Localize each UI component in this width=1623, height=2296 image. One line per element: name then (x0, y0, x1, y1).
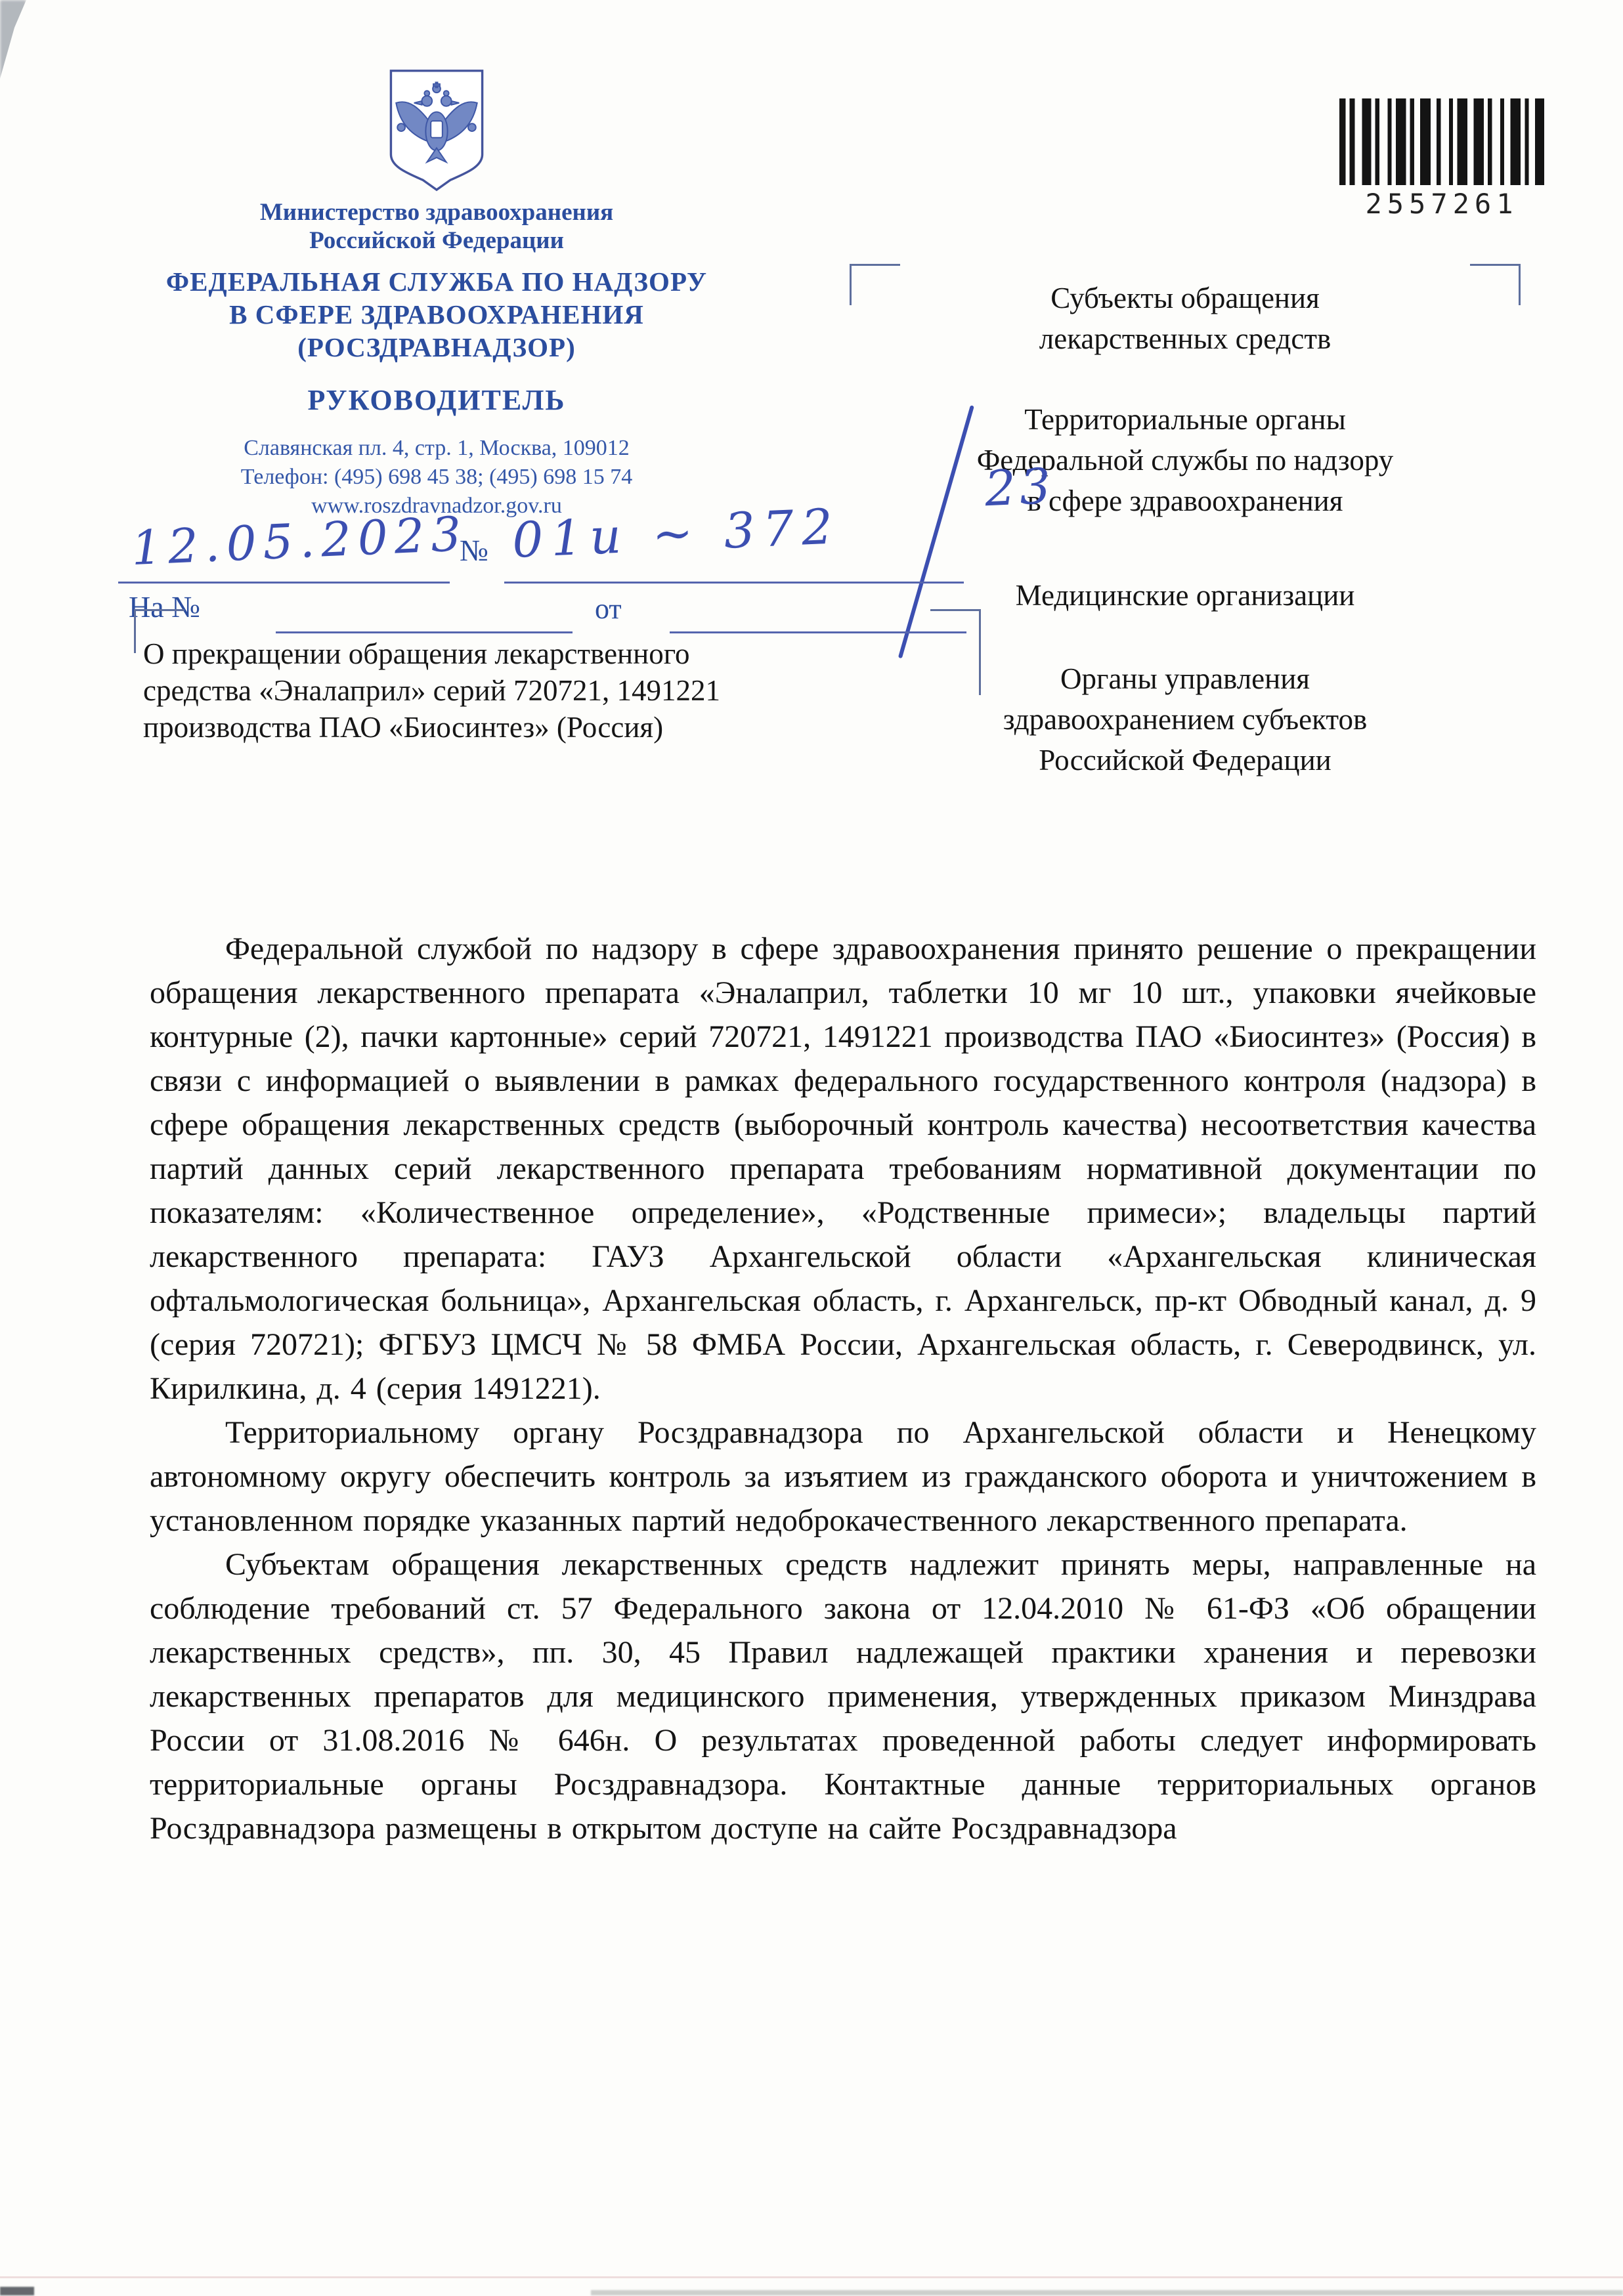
addressee-line: Российской Федерации (860, 740, 1510, 780)
addressee-corner-mark-left (850, 264, 900, 305)
addressee-group: Субъекты обращения лекарственных средств (860, 278, 1510, 359)
barcode-number: 2557261 (1339, 188, 1544, 220)
service-name-line3: (РОСЗДРАВНАДЗОР) (125, 331, 748, 364)
letterhead-phone: Телефон: (495) 698 45 38; (495) 698 15 7… (125, 463, 748, 492)
subject-block: О прекращении обращения лекарственного с… (143, 609, 977, 746)
subject-line: средства «Эналаприл» серий 720721, 14912… (143, 672, 977, 709)
subject-line: производства ПАО «Биосинтез» (Россия) (143, 709, 977, 746)
scan-smudge-top-left (0, 0, 26, 79)
handwritten-number-year: 23 (984, 458, 1056, 518)
addressee-line: Территориальные органы (860, 399, 1510, 440)
russia-coat-of-arms-icon (381, 66, 492, 194)
scan-blob-bottom-left (0, 2287, 34, 2295)
document-page: Министерство здравоохранения Российской … (0, 0, 1623, 2296)
letter-body: Федеральной службой по надзору в сфере з… (150, 927, 1536, 1850)
addressee-line: лекарственных средств (860, 318, 1510, 359)
addressee-line: Субъекты обращения (860, 278, 1510, 318)
body-paragraph: Территориальному органу Росздравнадзора … (150, 1411, 1536, 1542)
scan-strip-bottom (591, 2290, 1623, 2295)
service-name-line2: В СФЕРЕ ЗДРАВООХРАНЕНИЯ (125, 298, 748, 331)
subject-line: О прекращении обращения лекарственного (143, 635, 977, 672)
ministry-name-line2: Российской Федерации (125, 226, 748, 255)
subject-corner-mark-left (134, 609, 184, 653)
scan-line-bottom (0, 2276, 1623, 2278)
body-paragraph: Федеральной службой по надзору в сфере з… (150, 927, 1536, 1411)
letterhead-address: Славянская пл. 4, стр. 1, Москва, 109012 (125, 434, 748, 463)
barcode-bars-icon (1339, 98, 1544, 185)
letterhead: Министерство здравоохранения Российской … (125, 66, 748, 521)
date-underline (118, 582, 450, 584)
service-name-line1: ФЕДЕРАЛЬНАЯ СЛУЖБА ПО НАДЗОРУ (125, 265, 748, 298)
position-title: РУКОВОДИТЕЛЬ (125, 383, 748, 417)
number-underline (504, 582, 964, 584)
subject-corner-mark-right (930, 609, 981, 695)
addressee-corner-mark-right (1470, 264, 1521, 305)
ministry-name-line1: Министерство здравоохранения (125, 198, 748, 226)
barcode: 2557261 (1339, 98, 1544, 220)
addressee-line: в сфере здравоохранения (860, 480, 1510, 521)
number-sign: № (460, 533, 488, 568)
body-paragraph: Субъектам обращения лекарственных средст… (150, 1542, 1536, 1850)
